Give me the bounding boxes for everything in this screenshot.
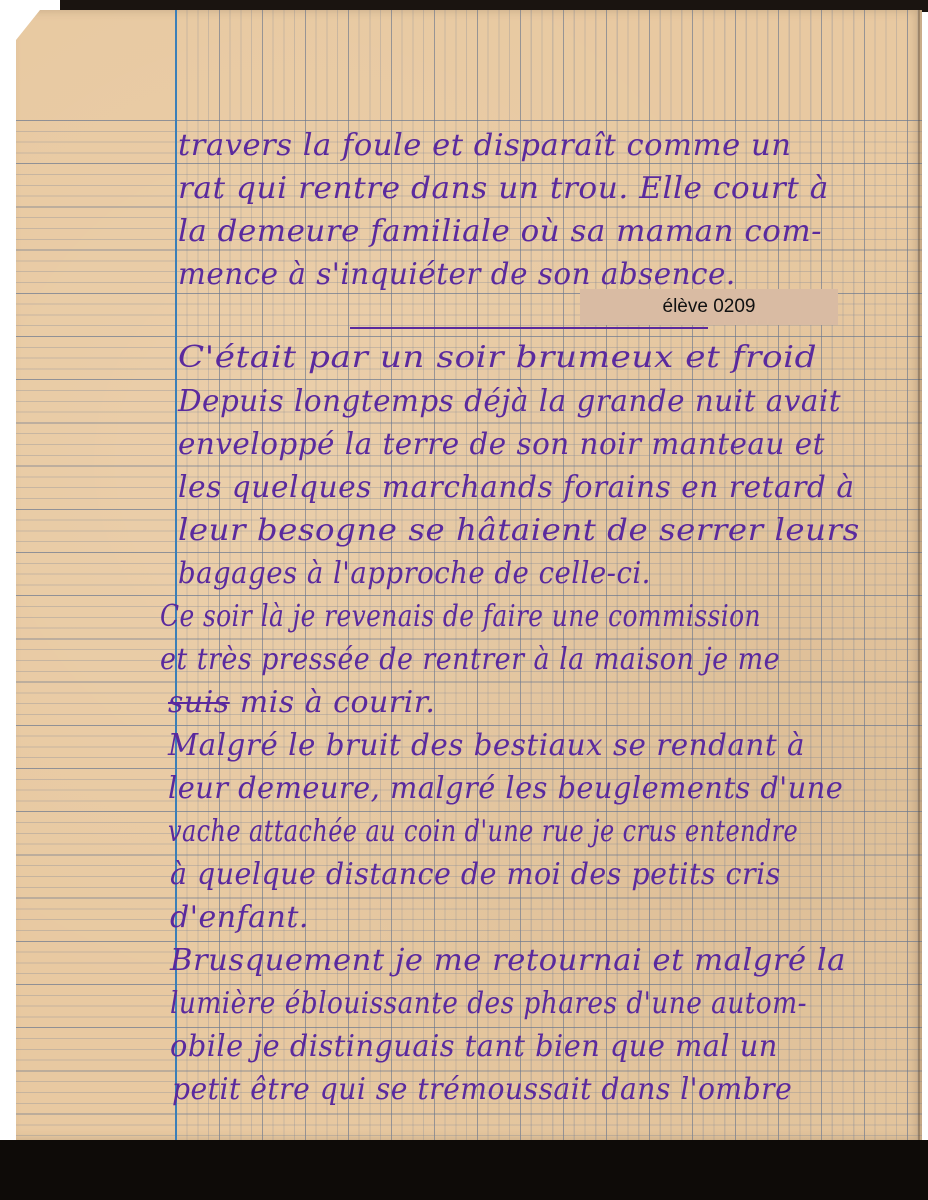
text-line: les quelques marchands forains en retard… bbox=[178, 470, 855, 505]
section-separator-line bbox=[350, 327, 708, 329]
text-line: suis mis à courir. bbox=[168, 685, 435, 720]
text-line: mence à s'inquiéter de son absence. bbox=[178, 257, 736, 292]
text-line: à quelque distance de moi des petits cri… bbox=[170, 857, 781, 892]
page-right-edge bbox=[918, 10, 920, 1140]
text-line: leur besogne se hâtaient de serrer leurs bbox=[178, 513, 860, 548]
text-line: Malgré le bruit des bestiaux se rendant … bbox=[168, 728, 805, 763]
text-line: leur demeure, malgré les beuglements d'u… bbox=[168, 771, 843, 806]
text-line: travers la foule et disparaît comme un bbox=[178, 128, 791, 163]
text-line: petit être qui se trémoussait dans l'omb… bbox=[172, 1072, 792, 1107]
text-line: la demeure familiale où sa maman com- bbox=[178, 214, 822, 249]
text-line: obile je distinguais tant bien que mal u… bbox=[170, 1029, 778, 1064]
text-line: Brusquement je me retournai et malgré la bbox=[170, 943, 846, 978]
text-line: enveloppé la terre de son noir manteau e… bbox=[178, 427, 825, 462]
text-line: vache attachée au coin d'une rue je crus… bbox=[168, 814, 798, 849]
text-line: Depuis longtemps déjà la grande nuit ava… bbox=[178, 384, 841, 419]
text-line: bagages à l'approche de celle-ci. bbox=[178, 556, 651, 591]
text-line: et très pressée de rentrer à la maison j… bbox=[160, 642, 780, 677]
student-id-label: élève 0209 bbox=[580, 289, 838, 325]
text-line: lumière éblouissante des phares d'une au… bbox=[170, 986, 807, 1021]
text-line: C'était par un soir brumeux et froid bbox=[178, 340, 817, 375]
text-line: d'enfant. bbox=[170, 900, 309, 935]
text-line: Ce soir là je revenais de faire une comm… bbox=[160, 599, 761, 634]
text-fragment: mis à courir. bbox=[230, 685, 436, 720]
scan-bottom-shadow bbox=[0, 1140, 928, 1200]
text-line: rat qui rentre dans un trou. Elle court … bbox=[178, 171, 829, 206]
struck-out-word: suis bbox=[168, 685, 230, 720]
